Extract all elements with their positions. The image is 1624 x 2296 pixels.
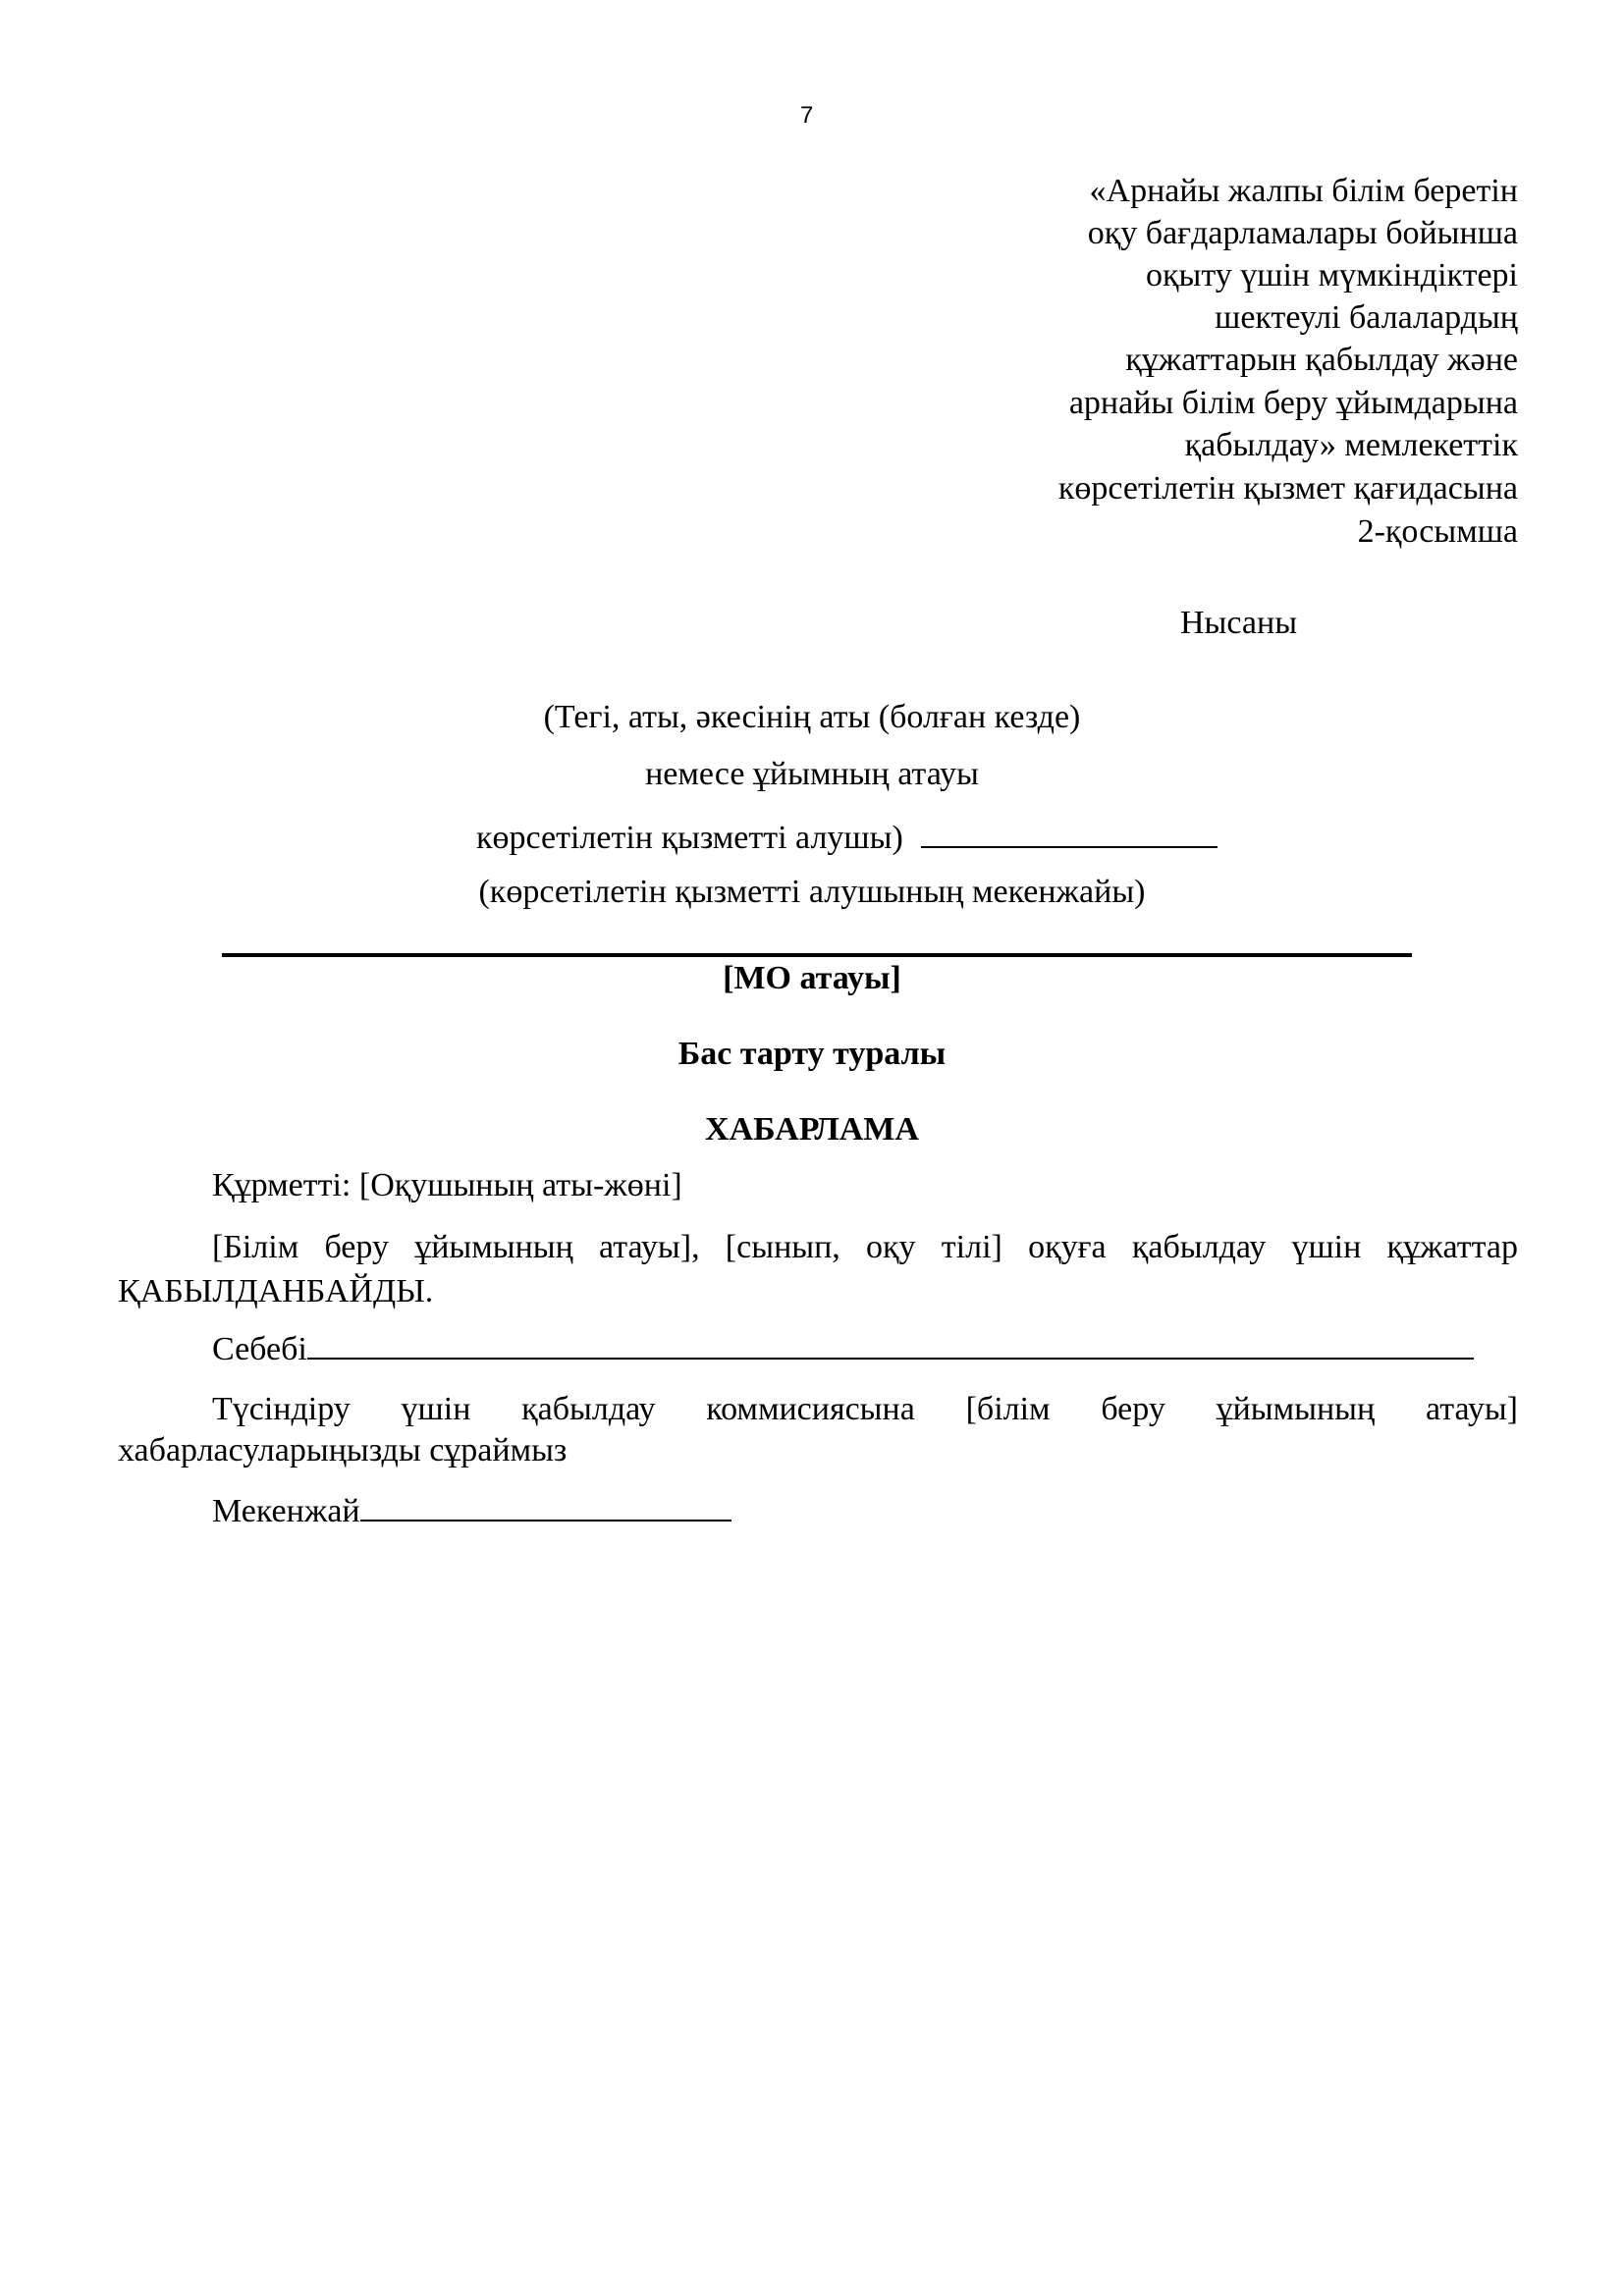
recipient-name-label: (Тегі, аты, әкесінің аты (болған кезде) [0, 701, 1624, 734]
separator-rule [222, 953, 1412, 957]
header-line: құжаттарын қабылдау және [1125, 344, 1518, 377]
form-label: Нысаны [1180, 607, 1297, 640]
recipient-address-label: (көрсетілетін қызметті алушының мекенжай… [0, 876, 1624, 909]
paragraph-1-line-1: [Білім беру ұйымының атауы], [сынып, оқу… [212, 1231, 1518, 1264]
header-line: шектеулі балалардың [1215, 301, 1518, 335]
header-line: «Арнайы жалпы білім беретін [1090, 175, 1518, 208]
header-line: қабылдау» мемлекеттік [1185, 429, 1518, 462]
greeting: Құрметті: [Оқушының аты-жөні] [212, 1169, 682, 1202]
header-line: оқу бағдарламалары бойынша [1088, 217, 1518, 250]
paragraph-2-line-1: Түсіндіру үшін қабылдау коммисиясына [бі… [212, 1393, 1518, 1426]
reason-label: Себебі [212, 1331, 307, 1367]
document-title: ХАБАРЛАМА [0, 1113, 1624, 1147]
address-blank-line [360, 1494, 731, 1522]
recipient-org-label: немесе ұйымның атауы [0, 758, 1624, 791]
page-number: 7 [800, 102, 813, 130]
header-line: көрсетілетін қызмет қағидасына [1058, 472, 1518, 506]
reason-blank-line [307, 1332, 1474, 1360]
recipient-label: көрсетілетін қызметті алушы) [476, 820, 903, 856]
paragraph-2-line-2: хабарласуларыңызды сұраймыз [118, 1434, 567, 1468]
header-line: арнайы білім беру ұйымдарына [1069, 387, 1518, 420]
subtitle: Бас тарту туралы [0, 1038, 1624, 1071]
recipient-blank-line [921, 821, 1218, 848]
header-line: оқыту үшін мүмкіндіктері [1146, 259, 1518, 293]
address-field: Мекенжай [212, 1494, 731, 1528]
org-name-title: [МО атауы] [0, 962, 1624, 995]
paragraph-1-line-2: ҚАБЫЛДАНБАЙДЫ. [118, 1275, 433, 1308]
recipient-field: көрсетілетін қызметті алушы) [476, 821, 1218, 855]
reason-field: Себебі [212, 1332, 1474, 1366]
address-label: Мекенжай [212, 1493, 360, 1529]
header-line: 2-қосымша [1358, 515, 1518, 549]
